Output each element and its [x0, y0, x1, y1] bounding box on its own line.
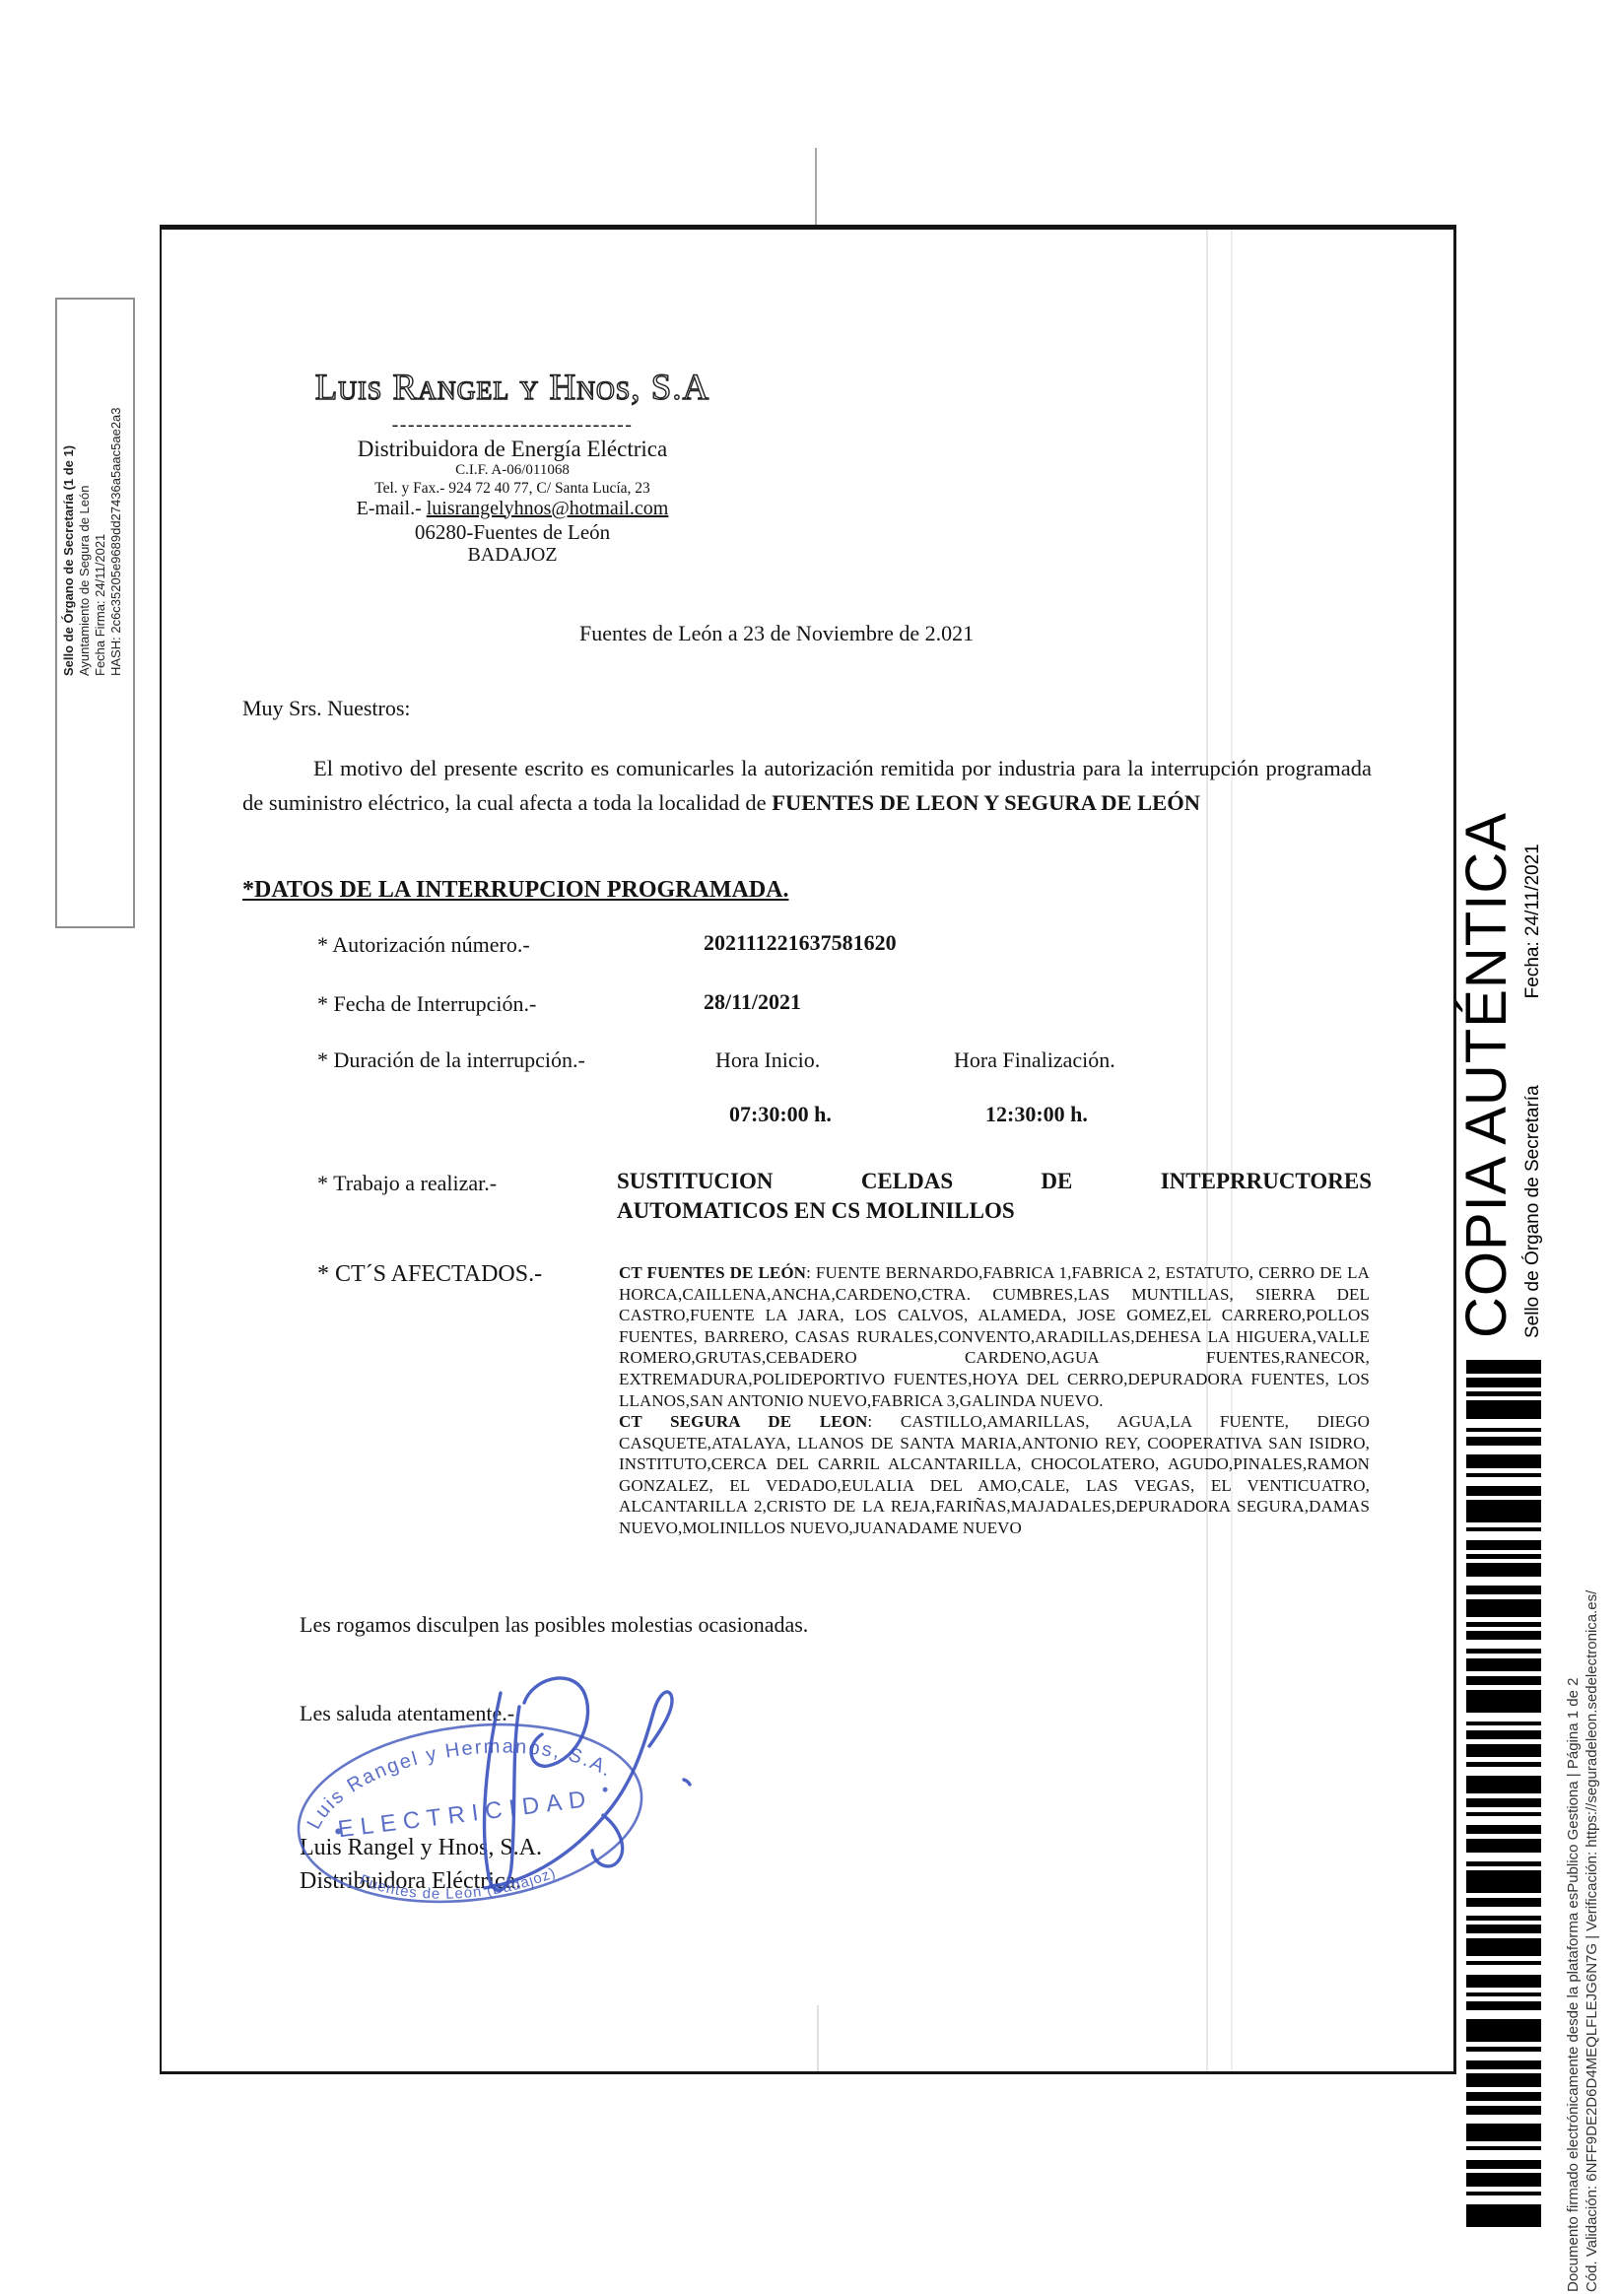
seal-hash: HASH: 2c6c35205e9689dd27436a5aac5ae2a3	[108, 308, 124, 676]
intro-paragraph: El motivo del presente escrito es comuni…	[242, 751, 1372, 820]
interruption-date-value: 28/11/2021	[704, 989, 801, 1015]
cts-segura-list: : CASTILLO,AMARILLAS, AGUA,LA FUENTE, DI…	[619, 1412, 1370, 1537]
farewell-line: Les saluda atentamente.-	[300, 1701, 514, 1726]
letterhead-cif: C.I.F. A-06/011068	[276, 462, 749, 479]
cts-label: * CT´S AFECTADOS.-	[317, 1261, 542, 1288]
letterhead-divider: ------------------------------	[276, 414, 749, 437]
letterhead-postal-city: 06280-Fuentes de León	[276, 520, 749, 544]
start-time-label: Hora Inicio.	[715, 1047, 820, 1073]
work-value-line2: AUTOMATICOS EN CS MOLINILLOS	[617, 1198, 1015, 1224]
interruption-date-label: * Fecha de Interrupción.-	[317, 991, 536, 1017]
salutation: Muy Srs. Nuestros:	[242, 696, 411, 721]
letterhead-email-row: E-mail.- luisrangelyhnos@hotmail.com	[276, 498, 749, 520]
intro-localities: FUENTES DE LEON Y SEGURA DE LEÓN	[772, 790, 1200, 815]
duration-label: * Duración de la interrupción.-	[317, 1047, 585, 1073]
apology-line: Les rogamos disculpen las posibles moles…	[300, 1612, 808, 1638]
cts-segura-paragraph: CT SEGURA DE LEON: CASTILLO,AMARILLAS, A…	[619, 1411, 1370, 1539]
letterhead-phone: Tel. y Fax.- 924 72 40 77, C/ Santa Lucí…	[276, 480, 749, 498]
seal-entity: Ayuntamiento de Segura de León	[77, 308, 93, 676]
dateline: Fuentes de León a 23 de Noviembre de 2.0…	[579, 621, 974, 646]
work-label: * Trabajo a realizar.-	[317, 1171, 497, 1196]
email-link[interactable]: luisrangelyhnos@hotmail.com	[427, 498, 669, 519]
cts-fuentes-title: CT FUENTES DE LEÓN	[619, 1263, 806, 1282]
validation-code-line: Cód. Validación: 6NFF9DE2D6D4MEQLFLEJG6N…	[1583, 1340, 1601, 2292]
work-value-line1: SUSTITUCION CELDAS DE INTEPRRUCTORES	[617, 1169, 1372, 1194]
cts-segura-title: CT SEGURA DE LEON	[619, 1412, 867, 1431]
copia-autentica-title: COPIA AUTÉNTICA	[1455, 747, 1518, 1338]
seal-sign-date: Fecha Firma: 24/11/2021	[93, 308, 108, 676]
scan-fold-line	[1206, 230, 1208, 2071]
gestiona-platform-line: Documento firmado electrónicamente desde…	[1564, 1340, 1583, 2292]
copia-sello-text: Sello de Órgano de Secretaría	[1522, 1085, 1543, 1338]
copia-autentica-subtitle: Sello de Órgano de SecretaríaFecha: 24/1…	[1522, 747, 1544, 1338]
copia-fecha-text: Fecha: 24/11/2021	[1522, 844, 1543, 998]
start-time-value: 07:30:00 h.	[729, 1102, 832, 1127]
cts-fuentes-paragraph: CT FUENTES DE LEÓN: FUENTE BERNARDO,FABR…	[619, 1262, 1370, 1411]
letterhead-province: BADAJOZ	[276, 544, 749, 567]
end-time-label: Hora Finalización.	[954, 1047, 1115, 1073]
auth-number-value: 202111221637581620	[704, 930, 897, 956]
scan-artifact-line-top	[815, 148, 817, 227]
barcode	[1466, 1360, 1541, 2233]
scanned-document-page: Sello de Órgano de Secretaría (1 de 1) A…	[0, 0, 1618, 2296]
cts-fuentes-list: : FUENTE BERNARDO,FABRICA 1,FABRICA 2, E…	[619, 1263, 1370, 1410]
scan-fold-line	[1231, 230, 1233, 2071]
secretary-seal-stamp-box: Sello de Órgano de Secretaría (1 de 1) A…	[55, 298, 135, 928]
section-title: *DATOS DE LA INTERRUPCION PROGRAMADA.	[242, 877, 788, 904]
signer-name: Luis Rangel y Hnos, S.A.	[300, 1835, 542, 1861]
signer-role: Distribuidora Eléctrica.	[300, 1868, 521, 1895]
end-time-value: 12:30:00 h.	[985, 1102, 1088, 1127]
email-label: E-mail.-	[357, 498, 427, 519]
letterhead-activity: Distribuidora de Energía Eléctrica	[276, 437, 749, 462]
letterhead-block: ------------------------------ Distribui…	[276, 414, 749, 567]
auth-number-label: * Autorización número.-	[317, 932, 530, 958]
copia-autentica-block: COPIA AUTÉNTICA Sello de Órgano de Secre…	[1449, 745, 1559, 1340]
seal-title: Sello de Órgano de Secretaría (1 de 1)	[61, 308, 77, 676]
validation-footer-block: Documento firmado electrónicamente desde…	[1555, 1336, 1612, 2296]
company-logo: Luis Rangel y Hnos, S.A	[296, 367, 729, 409]
